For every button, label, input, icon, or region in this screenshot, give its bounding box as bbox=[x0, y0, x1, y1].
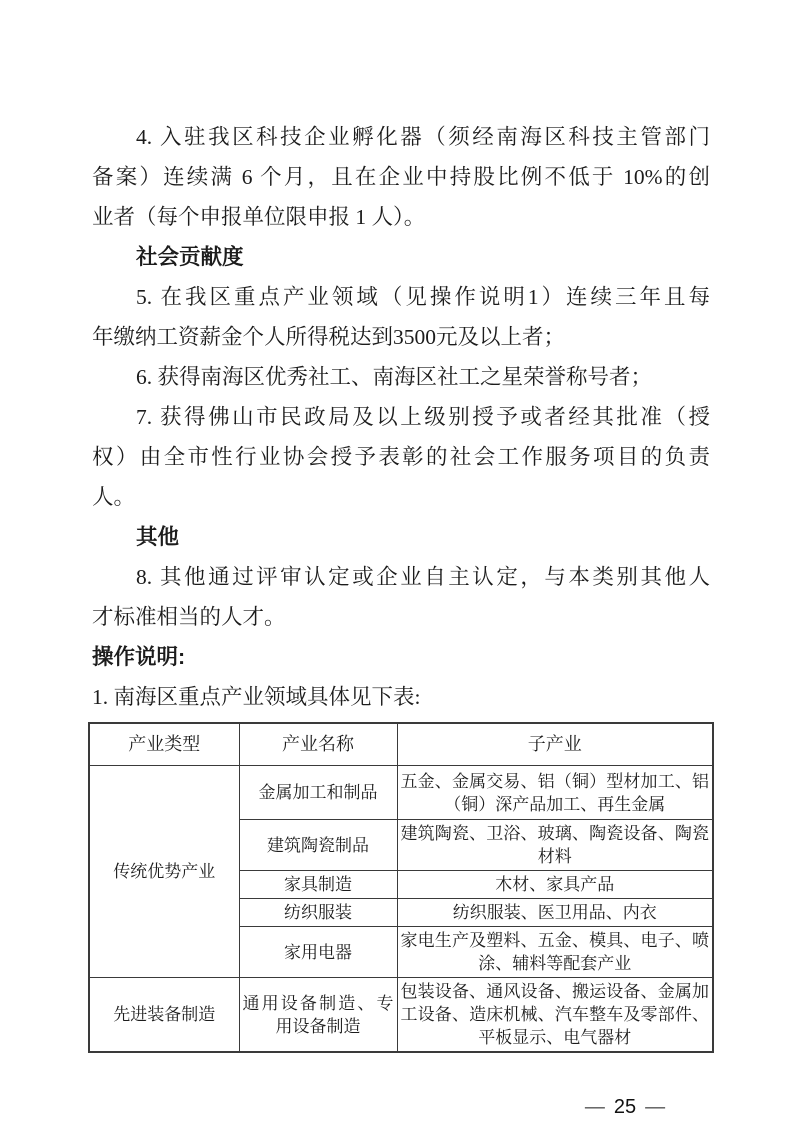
header-industry-type: 产业类型 bbox=[89, 723, 239, 766]
heading-social-contribution: 社会贡献度 bbox=[92, 237, 710, 277]
paragraph-6-line-1: 6. 获得南海区优秀社工、南海区社工之星荣誉称号者； bbox=[92, 357, 710, 397]
cell-industry-name: 金属加工和制品 bbox=[239, 766, 397, 820]
header-industry-name: 产业名称 bbox=[239, 723, 397, 766]
heading-other: 其他 bbox=[92, 517, 710, 557]
paragraph-7-line-2: 权）由全市性行业协会授予表彰的社会工作服务项目的负责 bbox=[92, 437, 710, 477]
heading-operation-notes: 操作说明: bbox=[92, 637, 710, 677]
cell-sub-industries: 五金、金属交易、铝（铜）型材加工、铝（铜）深产品加工、再生金属 bbox=[397, 766, 713, 820]
industry-table-header-row: 产业类型 产业名称 子产业 bbox=[89, 723, 713, 766]
header-sub-industry: 子产业 bbox=[397, 723, 713, 766]
paragraph-4-line-1: 4. 入驻我区科技企业孵化器（须经南海区科技主管部门 bbox=[92, 117, 710, 157]
paragraph-5-line-2: 年缴纳工资薪金个人所得税达到3500元及以上者； bbox=[92, 317, 710, 357]
paragraph-8-line-1: 8. 其他通过评审认定或企业自主认定，与本类别其他人 bbox=[92, 557, 710, 597]
paragraph-7-line-1: 7. 获得佛山市民政局及以上级别授予或者经其批准（授 bbox=[92, 397, 710, 437]
paragraph-4-line-2: 备案）连续满 6 个月，且在企业中持股比例不低于 10%的创 bbox=[92, 157, 710, 197]
cell-industry-name: 家用电器 bbox=[239, 927, 397, 978]
cell-industry-name: 家具制造 bbox=[239, 871, 397, 899]
cell-sub-industries: 建筑陶瓷、卫浴、玻璃、陶瓷设备、陶瓷材料 bbox=[397, 820, 713, 871]
industry-table: 产业类型 产业名称 子产业 传统优势产业 金属加工和制品 五金、金属交易、铝（铜… bbox=[88, 722, 714, 1053]
page-number: —25— bbox=[555, 1092, 695, 1122]
cell-industry-name: 通用设备制造、专用设备制造 bbox=[239, 978, 397, 1053]
cell-sub-industries: 纺织服装、医卫用品、内衣 bbox=[397, 899, 713, 927]
cell-industry-name: 纺织服装 bbox=[239, 899, 397, 927]
cell-sub-industries: 家电生产及塑料、五金、模具、电子、喷涂、辅料等配套产业 bbox=[397, 927, 713, 978]
paragraph-5-line-1: 5. 在我区重点产业领域（见操作说明1）连续三年且每 bbox=[92, 277, 710, 317]
paragraph-4-line-3: 业者（每个申报单位限申报 1 人）。 bbox=[92, 197, 710, 237]
page-number-value: 25 bbox=[614, 1096, 636, 1118]
cell-category-advanced-equipment: 先进装备制造 bbox=[89, 978, 239, 1053]
paragraph-8-line-2: 才标准相当的人才。 bbox=[92, 597, 710, 637]
paragraph-7-line-3: 人。 bbox=[92, 477, 710, 517]
cell-sub-industries: 木材、家具产品 bbox=[397, 871, 713, 899]
document-body: 4. 入驻我区科技企业孵化器（须经南海区科技主管部门 备案）连续满 6 个月，且… bbox=[92, 117, 710, 717]
cell-category-traditional: 传统优势产业 bbox=[89, 766, 239, 978]
table-row: 传统优势产业 金属加工和制品 五金、金属交易、铝（铜）型材加工、铝（铜）深产品加… bbox=[89, 766, 713, 820]
document-page: 4. 入驻我区科技企业孵化器（须经南海区科技主管部门 备案）连续满 6 个月，且… bbox=[0, 0, 800, 1138]
page-number-dash-left: — bbox=[585, 1096, 605, 1118]
table-intro-line: 1. 南海区重点产业领域具体见下表: bbox=[92, 677, 710, 717]
page-number-dash-right: — bbox=[645, 1096, 665, 1118]
cell-sub-industries: 包装设备、通风设备、搬运设备、金属加工设备、造床机械、汽车整车及零部件、平板显示… bbox=[397, 978, 713, 1053]
table-row: 先进装备制造 通用设备制造、专用设备制造 包装设备、通风设备、搬运设备、金属加工… bbox=[89, 978, 713, 1053]
cell-industry-name: 建筑陶瓷制品 bbox=[239, 820, 397, 871]
